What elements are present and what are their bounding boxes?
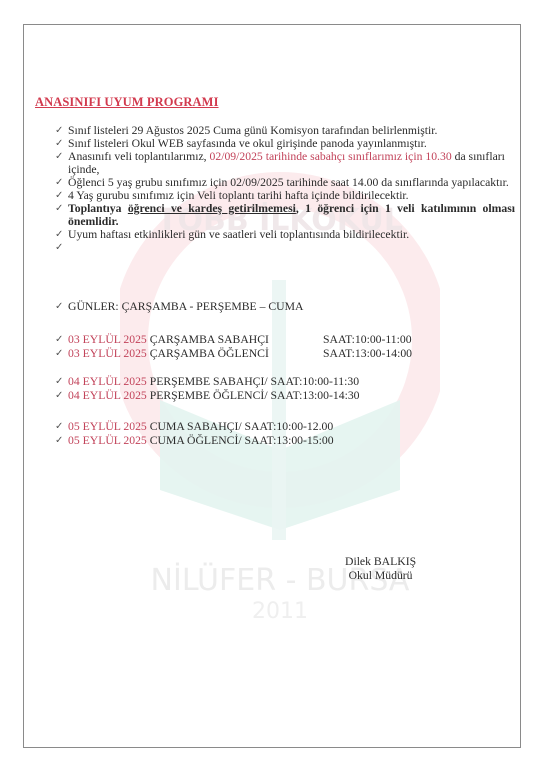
schedule-group-wednesday: ✓03 EYLÜL 2025 ÇARŞAMBA SABAHÇISAAT:10:0… <box>55 333 495 360</box>
check-icon: ✓ <box>55 300 63 314</box>
list-item: ✓Sınıf listeleri 29 Ağustos 2025 Cuma gü… <box>55 125 515 138</box>
schedule-group-thursday: ✓04 EYLÜL 2025 PERŞEMBE SABAHÇI/ SAAT:10… <box>55 375 495 402</box>
list-item: ✓Anasınıfı veli toplantılarımız, 02/09/2… <box>55 151 515 176</box>
schedule-row: ✓04 EYLÜL 2025 PERŞEMBE SABAHÇI/ SAAT:10… <box>55 375 495 389</box>
check-icon: ✓ <box>55 420 63 434</box>
schedule-session: ÇARŞAMBA ÖĞLENCİ <box>147 347 269 360</box>
check-icon: ✓ <box>55 151 63 164</box>
list-item: ✓4 Yaş gurubu sınıfımız için Veli toplan… <box>55 190 515 203</box>
list-item: ✓ <box>55 242 515 254</box>
schedule-time: SAAT:10:00-11:30 <box>271 375 360 388</box>
list-item: ✓Öğlenci 5 yaş grubu sınıfımız için 02/0… <box>55 177 515 190</box>
schedule-date: 05 EYLÜL 2025 <box>68 434 147 447</box>
schedule-row: ✓04 EYLÜL 2025 PERŞEMBE ÖĞLENCİ/ SAAT:13… <box>55 389 495 403</box>
schedule-date: 03 EYLÜL 2025 <box>68 333 147 346</box>
signature-block: Dilek BALKIŞ Okul Müdürü <box>345 555 416 582</box>
schedule-date: 04 EYLÜL 2025 <box>68 375 147 388</box>
schedule-row: ✓05 EYLÜL 2025 CUMA ÖĞLENCİ/ SAAT:13:00-… <box>55 434 495 448</box>
check-icon: ✓ <box>55 125 63 138</box>
document-title: ANASINIFI UYUM PROGRAMI <box>35 95 219 110</box>
schedule-session: PERŞEMBE SABAHÇI/ <box>147 375 271 388</box>
schedule-time: SAAT:13:00-15:00 <box>245 434 334 447</box>
check-icon: ✓ <box>55 434 63 448</box>
schedule-date: 04 EYLÜL 2025 <box>68 389 147 402</box>
check-icon: ✓ <box>55 347 63 361</box>
schedule-date: 03 EYLÜL 2025 <box>68 347 147 360</box>
schedule-time: SAAT:13:00-14:00 <box>323 347 412 361</box>
schedule-session: PERŞEMBE ÖĞLENCİ/ <box>147 389 271 402</box>
check-icon: ✓ <box>55 138 63 151</box>
schedule-time: SAAT:13:00-14:30 <box>270 389 359 402</box>
check-icon: ✓ <box>55 242 63 255</box>
days-line: ✓GÜNLER: ÇARŞAMBA - PERŞEMBE – CUMA <box>55 300 495 314</box>
check-icon: ✓ <box>55 389 63 403</box>
list-item: ✓Sınıf listeleri Okul WEB sayfasında ve … <box>55 138 515 151</box>
days-list: ✓GÜNLER: ÇARŞAMBA - PERŞEMBE – CUMA <box>55 300 495 314</box>
list-item: ✓Toplantıya öğrenci ve kardeş getirilmem… <box>55 203 515 228</box>
schedule-session: ÇARŞAMBA SABAHÇI <box>147 333 269 346</box>
announcement-list: ✓Sınıf listeleri 29 Ağustos 2025 Cuma gü… <box>55 125 515 254</box>
check-icon: ✓ <box>55 333 63 347</box>
schedule-session: CUMA ÖĞLENCİ/ <box>147 434 245 447</box>
signatory-role: Okul Müdürü <box>345 569 416 583</box>
check-icon: ✓ <box>55 203 63 216</box>
check-icon: ✓ <box>55 190 63 203</box>
document-content: ANASINIFI UYUM PROGRAMI ✓Sınıf listeleri… <box>0 0 542 768</box>
signatory-name: Dilek BALKIŞ <box>345 555 416 569</box>
check-icon: ✓ <box>55 177 63 190</box>
schedule-row: ✓03 EYLÜL 2025 ÇARŞAMBA SABAHÇISAAT:10:0… <box>55 333 495 347</box>
schedule-row: ✓05 EYLÜL 2025 CUMA SABAHÇI/ SAAT:10:00-… <box>55 420 495 434</box>
schedule-time: SAAT:10:00-11:00 <box>323 333 412 347</box>
list-item: ✓Uyum haftası etkinlikleri gün ve saatle… <box>55 229 515 242</box>
check-icon: ✓ <box>55 375 63 389</box>
check-icon: ✓ <box>55 229 63 242</box>
schedule-row: ✓03 EYLÜL 2025 ÇARŞAMBA ÖĞLENCİSAAT:13:0… <box>55 347 495 361</box>
schedule-date: 05 EYLÜL 2025 <box>68 420 147 433</box>
schedule-group-friday: ✓05 EYLÜL 2025 CUMA SABAHÇI/ SAAT:10:00-… <box>55 420 495 447</box>
schedule-session: CUMA SABAHÇI/ <box>147 420 245 433</box>
schedule-time: SAAT:10:00-12.00 <box>245 420 334 433</box>
